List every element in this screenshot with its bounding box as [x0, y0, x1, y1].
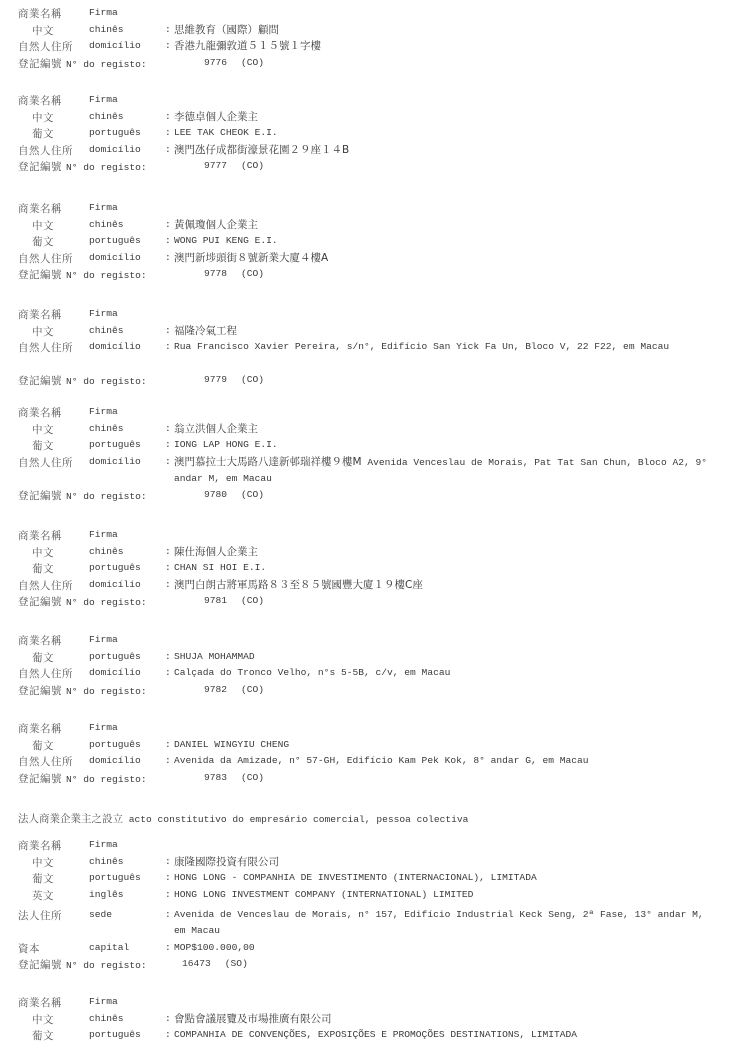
registry-number-value: 9779 [204, 374, 227, 385]
chinese-name-value: 李德卓個人企業主 [174, 109, 719, 126]
domicile-value: Calçada do Tronco Velho, n°s 5-5B, c/v, … [174, 665, 719, 682]
domicile-value: 澳門白朗古將軍馬路８３至８５號國豐大廈１９樓C座 [174, 577, 719, 594]
capital-label-pt: capital [89, 942, 129, 953]
registry-record: 商業名稱 Firma 中文 chinês : 黃佩瓊個人企業主 葡文 portu… [0, 200, 742, 283]
domicile-label-cjk: 自然人住所 [18, 143, 73, 158]
registry-number: 9779(CO) [204, 374, 264, 385]
domicile-label-pt: domicílio [89, 579, 141, 590]
chinese-name-value: 翁立洪個人企業主 [174, 421, 719, 438]
registry-number: 9776(CO) [204, 57, 264, 68]
registry-type: (CO) [241, 57, 264, 68]
colon: : [165, 667, 171, 678]
chinese-label-pt: chinês [89, 423, 124, 434]
english-label-pt: inglês [89, 889, 124, 900]
chinese-name-row: 中文 chinês : 福隆冷氣工程 [0, 323, 742, 340]
english-label-cjk: 英文 [32, 888, 54, 903]
chinese-name-value: 思維教育（國際）顧問 [174, 22, 719, 39]
chinese-name-row: 中文 chinês : 李德卓個人企業主 [0, 109, 742, 126]
domicile-label-cjk: 自然人住所 [18, 251, 73, 266]
colon: : [165, 651, 171, 662]
portuguese-label-cjk: 葡文 [32, 126, 54, 141]
chinese-name-value: 黃佩瓊個人企業主 [174, 217, 719, 234]
portuguese-label-pt: português [89, 651, 141, 662]
registry-type: (CO) [241, 684, 264, 695]
registry-number-row: 登記編號N° do registo: 9776(CO) [0, 55, 742, 72]
firm-label-pt: Firma [89, 634, 118, 645]
firm-label-pt: Firma [89, 839, 118, 850]
registry-type: (SO) [225, 958, 248, 969]
portuguese-name-row: 葡文 português : IONG LAP HONG E.I. [0, 437, 742, 454]
domicile-value: Avenida da Amizade, n° 57-GH, Edifício K… [174, 753, 719, 770]
registry-label-cjk: 登記編號 [18, 596, 62, 608]
domicile-value: 澳門新埗頭街８號新業大廈４樓A [174, 250, 719, 267]
domicile-label-pt: domicílio [89, 252, 141, 263]
portuguese-label-cjk: 葡文 [32, 1028, 54, 1043]
seat-value: Avenida de Venceslau de Morais, n° 157, … [174, 907, 719, 940]
registry-label: 登記編號N° do registo: [18, 159, 147, 174]
chinese-label-cjk: 中文 [32, 855, 54, 870]
firm-header-row: 商業名稱 Firma [0, 5, 742, 22]
firm-header-row: 商業名稱 Firma [0, 404, 742, 421]
colon: : [165, 24, 171, 35]
seat-label-pt: sede [89, 909, 112, 920]
registry-number-value: 9777 [204, 160, 227, 171]
firm-label-cjk: 商業名稱 [18, 633, 62, 648]
registry-type: (CO) [241, 268, 264, 279]
colon: : [165, 755, 171, 766]
domicile-row: 自然人住所 domicílio : 香港九龍彌敦道５１５號１字樓 [0, 38, 742, 55]
capital-label-cjk: 資本 [18, 941, 40, 956]
portuguese-name-row: 葡文 português : COMPANHIA DE CONVENÇÕES, … [0, 1027, 742, 1044]
firm-label-pt: Firma [89, 406, 118, 417]
registry-record: 商業名稱 Firma 中文 chinês : 思維教育（國際）顧問 自然人住所 … [0, 5, 742, 71]
registry-number-row: 登記編號N° do registo: 9781(CO) [0, 593, 742, 610]
portuguese-name-row: 葡文 português : SHUJA MOHAMMAD [0, 649, 742, 666]
domicile-value: 澳門氹仔成都街濠景花園２９座１４B [174, 142, 719, 159]
domicile-label-cjk: 自然人住所 [18, 39, 73, 54]
chinese-name-row: 中文 chinês : 翁立洪個人企業主 [0, 421, 742, 438]
company-record: 商業名稱 Firma 中文 chinês : 會點會議展覽及市場推廣有限公司 葡… [0, 994, 742, 1044]
registry-label-cjk: 登記編號 [18, 959, 62, 971]
registry-number-value: 9783 [204, 772, 227, 783]
domicile-row: 自然人住所 domicílio : Calçada do Tronco Velh… [0, 665, 742, 682]
registry-number-value: 9780 [204, 489, 227, 500]
registry-label: 登記編號N° do registo: [18, 594, 147, 609]
portuguese-label-cjk: 葡文 [32, 650, 54, 665]
firm-label-cjk: 商業名稱 [18, 528, 62, 543]
registry-number: 9782(CO) [204, 684, 264, 695]
registry-number-value: 9781 [204, 595, 227, 606]
chinese-label-pt: chinês [89, 546, 124, 557]
registry-number: 9777(CO) [204, 160, 264, 171]
registry-label-pt: N° do registo: [66, 960, 147, 971]
capital-value: MOP$100.000,00 [174, 940, 719, 957]
portuguese-label-pt: português [89, 872, 141, 883]
chinese-label-pt: chinês [89, 111, 124, 122]
domicile-label-cjk: 自然人住所 [18, 666, 73, 681]
domicile-row: 自然人住所 domicílio : Avenida da Amizade, n°… [0, 753, 742, 770]
colon: : [165, 546, 171, 557]
chinese-label-cjk: 中文 [32, 324, 54, 339]
portuguese-name-row: 葡文 português : LEE TAK CHEOK E.I. [0, 125, 742, 142]
registry-number-value: 9776 [204, 57, 227, 68]
firm-header-row: 商業名稱 Firma [0, 527, 742, 544]
colon: : [165, 341, 171, 352]
colon: : [165, 219, 171, 230]
registry-type: (CO) [241, 374, 264, 385]
portuguese-name-value: HONG LONG - COMPANHIA DE INVESTIMENTO (I… [174, 870, 719, 887]
registry-label: 登記編號N° do registo: [18, 771, 147, 786]
registry-number-row: 登記編號N° do registo: 16473(SO) [0, 956, 742, 973]
portuguese-label-cjk: 葡文 [32, 561, 54, 576]
firm-label-cjk: 商業名稱 [18, 838, 62, 853]
domicile-label-cjk: 自然人住所 [18, 340, 73, 355]
colon: : [165, 889, 171, 900]
firm-label-cjk: 商業名稱 [18, 307, 62, 322]
chinese-label-cjk: 中文 [32, 218, 54, 233]
colon: : [165, 1013, 171, 1024]
firm-label-pt: Firma [89, 308, 118, 319]
domicile-row: 自然人住所 domicílio : 澳門慕拉士大馬路八達新邨瑞祥樓９樓M Ave… [0, 454, 742, 487]
chinese-name-row: 中文 chinês : 黃佩瓊個人企業主 [0, 217, 742, 234]
colon: : [165, 909, 171, 920]
domicile-label-pt: domicílio [89, 755, 141, 766]
domicile-label-cjk: 自然人住所 [18, 754, 73, 769]
registry-number: 9781(CO) [204, 595, 264, 606]
domicile-label-pt: domicílio [89, 341, 141, 352]
portuguese-name-value: WONG PUI KENG E.I. [174, 233, 719, 250]
registry-number-row: 登記編號N° do registo: 9779(CO) [0, 372, 742, 389]
domicile-label-pt: domicílio [89, 667, 141, 678]
colon: : [165, 325, 171, 336]
portuguese-label-pt: português [89, 562, 141, 573]
registry-number-row: 登記編號N° do registo: 9780(CO) [0, 487, 742, 504]
registry-number-row: 登記編號N° do registo: 9778(CO) [0, 266, 742, 283]
colon: : [165, 579, 171, 590]
firm-header-row: 商業名稱 Firma [0, 632, 742, 649]
colon: : [165, 40, 171, 51]
registry-label-pt: N° do registo: [66, 686, 147, 697]
domicile-label-cjk: 自然人住所 [18, 578, 73, 593]
registry-label-cjk: 登記編號 [18, 773, 62, 785]
chinese-label-cjk: 中文 [32, 23, 54, 38]
colon: : [165, 856, 171, 867]
registry-number-value: 16473 [182, 958, 211, 969]
chinese-label-cjk: 中文 [32, 422, 54, 437]
domicile-row: 自然人住所 domicílio : 澳門氹仔成都街濠景花園２９座１４B [0, 142, 742, 159]
portuguese-name-value: DANIEL WINGYIU CHENG [174, 737, 719, 754]
firm-label-pt: Firma [89, 94, 118, 105]
chinese-label-pt: chinês [89, 1013, 124, 1024]
section-heading-pt: acto constitutivo do empresário comercia… [129, 814, 469, 825]
firm-header-row: 商業名稱 Firma [0, 200, 742, 217]
company-record: 商業名稱 Firma 中文 chinês : 康隆國際投資有限公司 葡文 por… [0, 837, 742, 973]
capital-row: 資本 capital : MOP$100.000,00 [0, 940, 742, 957]
chinese-name-row: 中文 chinês : 康隆國際投資有限公司 [0, 854, 742, 871]
registry-number: 9778(CO) [204, 268, 264, 279]
registry-label: 登記編號N° do registo: [18, 56, 147, 71]
registry-number-row: 登記編號N° do registo: 9782(CO) [0, 682, 742, 699]
chinese-label-pt: chinês [89, 325, 124, 336]
registry-record: 商業名稱 Firma 葡文 português : DANIEL WINGYIU… [0, 720, 742, 786]
colon: : [165, 872, 171, 883]
registry-label: 登記編號N° do registo: [18, 683, 147, 698]
colon: : [165, 235, 171, 246]
registry-type: (CO) [241, 772, 264, 783]
portuguese-label-cjk: 葡文 [32, 438, 54, 453]
registry-number: 16473(SO) [182, 958, 248, 969]
domicile-value: Rua Francisco Xavier Pereira, s/n°, Edif… [174, 339, 719, 356]
colon: : [165, 1029, 171, 1040]
registry-label-pt: N° do registo: [66, 59, 147, 70]
firm-header-row: 商業名稱 Firma [0, 720, 742, 737]
registry-label-pt: N° do registo: [66, 270, 147, 281]
registry-record: 商業名稱 Firma 中文 chinês : 陳仕海個人企業主 葡文 portu… [0, 527, 742, 610]
chinese-name-value: 康隆國際投資有限公司 [174, 854, 719, 871]
colon: : [165, 562, 171, 573]
domicile-label-pt: domicílio [89, 144, 141, 155]
colon: : [165, 739, 171, 750]
registry-label-pt: N° do registo: [66, 491, 147, 502]
chinese-label-pt: chinês [89, 24, 124, 35]
portuguese-name-value: COMPANHIA DE CONVENÇÕES, EXPOSIÇÕES E PR… [174, 1027, 719, 1044]
firm-label-cjk: 商業名稱 [18, 721, 62, 736]
portuguese-label-pt: português [89, 439, 141, 450]
domicile-value: 香港九龍彌敦道５１５號１字樓 [174, 38, 719, 55]
registry-label: 登記編號N° do registo: [18, 373, 147, 388]
portuguese-name-value: LEE TAK CHEOK E.I. [174, 125, 719, 142]
english-name-row: 英文 inglês : HONG LONG INVESTMENT COMPANY… [0, 887, 742, 907]
registry-record: 商業名稱 Firma 中文 chinês : 福隆冷氣工程 自然人住所 domi… [0, 306, 742, 389]
registry-type: (CO) [241, 160, 264, 171]
portuguese-label-cjk: 葡文 [32, 871, 54, 886]
registry-label-pt: N° do registo: [66, 376, 147, 387]
registry-record: 商業名稱 Firma 葡文 português : SHUJA MOHAMMAD… [0, 632, 742, 698]
firm-header-row: 商業名稱 Firma [0, 92, 742, 109]
firm-header-row: 商業名稱 Firma [0, 994, 742, 1011]
portuguese-name-row: 葡文 português : CHAN SI HOI E.I. [0, 560, 742, 577]
chinese-name-row: 中文 chinês : 思維教育（國際）顧問 [0, 22, 742, 39]
firm-header-row: 商業名稱 Firma [0, 837, 742, 854]
firm-header-row: 商業名稱 Firma [0, 306, 742, 323]
domicile-row: 自然人住所 domicílio : 澳門新埗頭街８號新業大廈４樓A [0, 250, 742, 267]
firm-label-cjk: 商業名稱 [18, 201, 62, 216]
colon: : [165, 439, 171, 450]
registry-label-pt: N° do registo: [66, 774, 147, 785]
domicile-label-pt: domicílio [89, 40, 141, 51]
registry-label: 登記編號N° do registo: [18, 488, 147, 503]
firm-label-cjk: 商業名稱 [18, 405, 62, 420]
firm-label-cjk: 商業名稱 [18, 93, 62, 108]
registry-label: 登記編號N° do registo: [18, 957, 147, 972]
seat-label-cjk: 法人住所 [18, 908, 62, 923]
chinese-label-cjk: 中文 [32, 110, 54, 125]
firm-label-cjk: 商業名稱 [18, 995, 62, 1010]
firm-label-pt: Firma [89, 996, 118, 1007]
colon: : [165, 423, 171, 434]
domicile-label-pt: domicílio [89, 456, 141, 467]
domicile-value: 澳門慕拉士大馬路八達新邨瑞祥樓９樓M Avenida Venceslau de … [174, 454, 719, 488]
registry-label-cjk: 登記編號 [18, 269, 62, 281]
chinese-label-cjk: 中文 [32, 1012, 54, 1027]
portuguese-name-row: 葡文 português : HONG LONG - COMPANHIA DE … [0, 870, 742, 887]
portuguese-label-cjk: 葡文 [32, 234, 54, 249]
english-name-value: HONG LONG INVESTMENT COMPANY (INTERNATIO… [174, 887, 719, 904]
registry-label-cjk: 登記編號 [18, 685, 62, 697]
portuguese-label-cjk: 葡文 [32, 738, 54, 753]
colon: : [165, 144, 171, 155]
section-heading: 法人商業企業主之設立 acto constitutivo do empresár… [18, 811, 468, 826]
domicile-row: 自然人住所 domicílio : Rua Francisco Xavier P… [0, 339, 742, 372]
chinese-name-value: 福隆冷氣工程 [174, 323, 719, 340]
registry-number: 9783(CO) [204, 772, 264, 783]
colon: : [165, 111, 171, 122]
registry-number-value: 9782 [204, 684, 227, 695]
chinese-label-pt: chinês [89, 219, 124, 230]
firm-label-pt: Firma [89, 7, 118, 18]
firm-label-pt: Firma [89, 202, 118, 213]
registry-label-cjk: 登記編號 [18, 490, 62, 502]
firm-label-pt: Firma [89, 529, 118, 540]
chinese-label-pt: chinês [89, 856, 124, 867]
colon: : [165, 127, 171, 138]
portuguese-label-pt: português [89, 1029, 141, 1040]
registry-record: 商業名稱 Firma 中文 chinês : 李德卓個人企業主 葡文 portu… [0, 92, 742, 175]
registry-label-cjk: 登記編號 [18, 161, 62, 173]
chinese-name-row: 中文 chinês : 會點會議展覽及市場推廣有限公司 [0, 1011, 742, 1028]
portuguese-name-row: 葡文 português : WONG PUI KENG E.I. [0, 233, 742, 250]
portuguese-name-value: SHUJA MOHAMMAD [174, 649, 719, 666]
registry-type: (CO) [241, 489, 264, 500]
colon: : [165, 942, 171, 953]
colon: : [165, 456, 171, 467]
chinese-name-row: 中文 chinês : 陳仕海個人企業主 [0, 544, 742, 561]
registry-number: 9780(CO) [204, 489, 264, 500]
domicile-value-cjk: 澳門慕拉士大馬路八達新邨瑞祥樓９樓M [174, 456, 362, 468]
firm-label-cjk: 商業名稱 [18, 6, 62, 21]
registry-record: 商業名稱 Firma 中文 chinês : 翁立洪個人企業主 葡文 portu… [0, 404, 742, 503]
registry-number-row: 登記編號N° do registo: 9783(CO) [0, 770, 742, 787]
registry-label-cjk: 登記編號 [18, 375, 62, 387]
registry-label-pt: N° do registo: [66, 597, 147, 608]
chinese-name-value: 陳仕海個人企業主 [174, 544, 719, 561]
domicile-row: 自然人住所 domicílio : 澳門白朗古將軍馬路８３至８５號國豐大廈１９樓… [0, 577, 742, 594]
colon: : [165, 252, 171, 263]
portuguese-label-pt: português [89, 127, 141, 138]
section-heading-cjk: 法人商業企業主之設立 [18, 813, 123, 825]
registry-number-value: 9778 [204, 268, 227, 279]
domicile-label-cjk: 自然人住所 [18, 455, 73, 470]
firm-label-pt: Firma [89, 722, 118, 733]
registry-type: (CO) [241, 595, 264, 606]
registry-label: 登記編號N° do registo: [18, 267, 147, 282]
portuguese-name-value: CHAN SI HOI E.I. [174, 560, 719, 577]
chinese-name-value: 會點會議展覽及市場推廣有限公司 [174, 1011, 719, 1028]
portuguese-name-row: 葡文 português : DANIEL WINGYIU CHENG [0, 737, 742, 754]
registry-label-pt: N° do registo: [66, 162, 147, 173]
seat-row: 法人住所 sede : Avenida de Venceslau de Mora… [0, 907, 742, 940]
portuguese-label-pt: português [89, 235, 141, 246]
registry-label-cjk: 登記編號 [18, 58, 62, 70]
registry-number-row: 登記編號N° do registo: 9777(CO) [0, 158, 742, 175]
chinese-label-cjk: 中文 [32, 545, 54, 560]
portuguese-name-value: IONG LAP HONG E.I. [174, 437, 719, 454]
portuguese-label-pt: português [89, 739, 141, 750]
